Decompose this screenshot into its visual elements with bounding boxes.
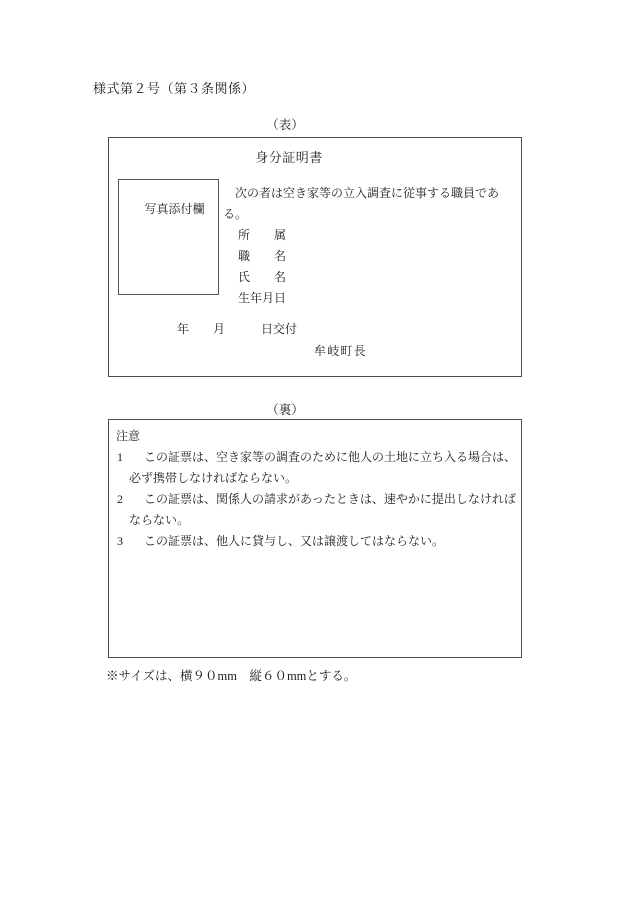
- id-card-back: 注意 1 この証票は、空き家等の調査のために他人の土地に立ち入る場合は、 必ず携…: [108, 419, 522, 658]
- field-name: 氏 名: [238, 267, 519, 288]
- notice-title: 注意: [116, 426, 519, 447]
- notice-text-2: この証票は、関係人の請求があったときは、速やかに提出しなければ ならない。: [129, 489, 519, 531]
- issuer-name: 牟岐町長: [314, 342, 367, 359]
- document-page: { "page": { "form_number": "様式第２号（第３条関係）…: [0, 0, 630, 903]
- front-intro-text: 次の者は空き家等の立入調査に従事する職員であ る。: [223, 183, 519, 225]
- back-side-label: （裏）: [266, 400, 304, 418]
- id-card-front: 身分証明書 写真添付欄 次の者は空き家等の立入調査に従事する職員であ る。 所 …: [108, 137, 522, 377]
- id-card-title: 身分証明書: [109, 147, 521, 166]
- photo-attachment-box: 写真添付欄: [118, 179, 219, 295]
- notice-item-3: 3 この証票は、他人に貸与し、又は譲渡してはならない。: [116, 531, 519, 552]
- front-fields: 所 属 職 名 氏 名 生年月日: [223, 225, 519, 309]
- notice-item-2: 2 この証票は、関係人の請求があったときは、速やかに提出しなければ ならない。: [116, 489, 519, 531]
- front-text-block: 次の者は空き家等の立入調査に従事する職員であ る。 所 属 職 名 氏 名 生年…: [223, 183, 519, 309]
- notice-text-1: この証票は、空き家等の調査のために他人の土地に立ち入る場合は、 必ず携帯しなけれ…: [129, 447, 519, 489]
- field-job-title: 職 名: [238, 246, 519, 267]
- field-affiliation: 所 属: [238, 225, 519, 246]
- notice-text-3: この証票は、他人に貸与し、又は譲渡してはならない。: [129, 531, 519, 552]
- field-birthdate: 生年月日: [238, 288, 519, 309]
- notice-number-3: 3: [117, 531, 123, 552]
- front-side-label: （表）: [266, 115, 304, 133]
- issue-date-line: 年 月 日交付: [177, 320, 297, 337]
- photo-box-label: 写真添付欄: [144, 202, 204, 216]
- notice-item-1: 1 この証票は、空き家等の調査のために他人の土地に立ち入る場合は、 必ず携帯しな…: [116, 447, 519, 489]
- form-number: 様式第２号（第３条関係）: [93, 78, 255, 97]
- notice-number-1: 1: [117, 447, 123, 468]
- notice-number-2: 2: [117, 489, 123, 510]
- size-note: ※サイズは、横９０mm 縦６０mmとする。: [106, 666, 356, 684]
